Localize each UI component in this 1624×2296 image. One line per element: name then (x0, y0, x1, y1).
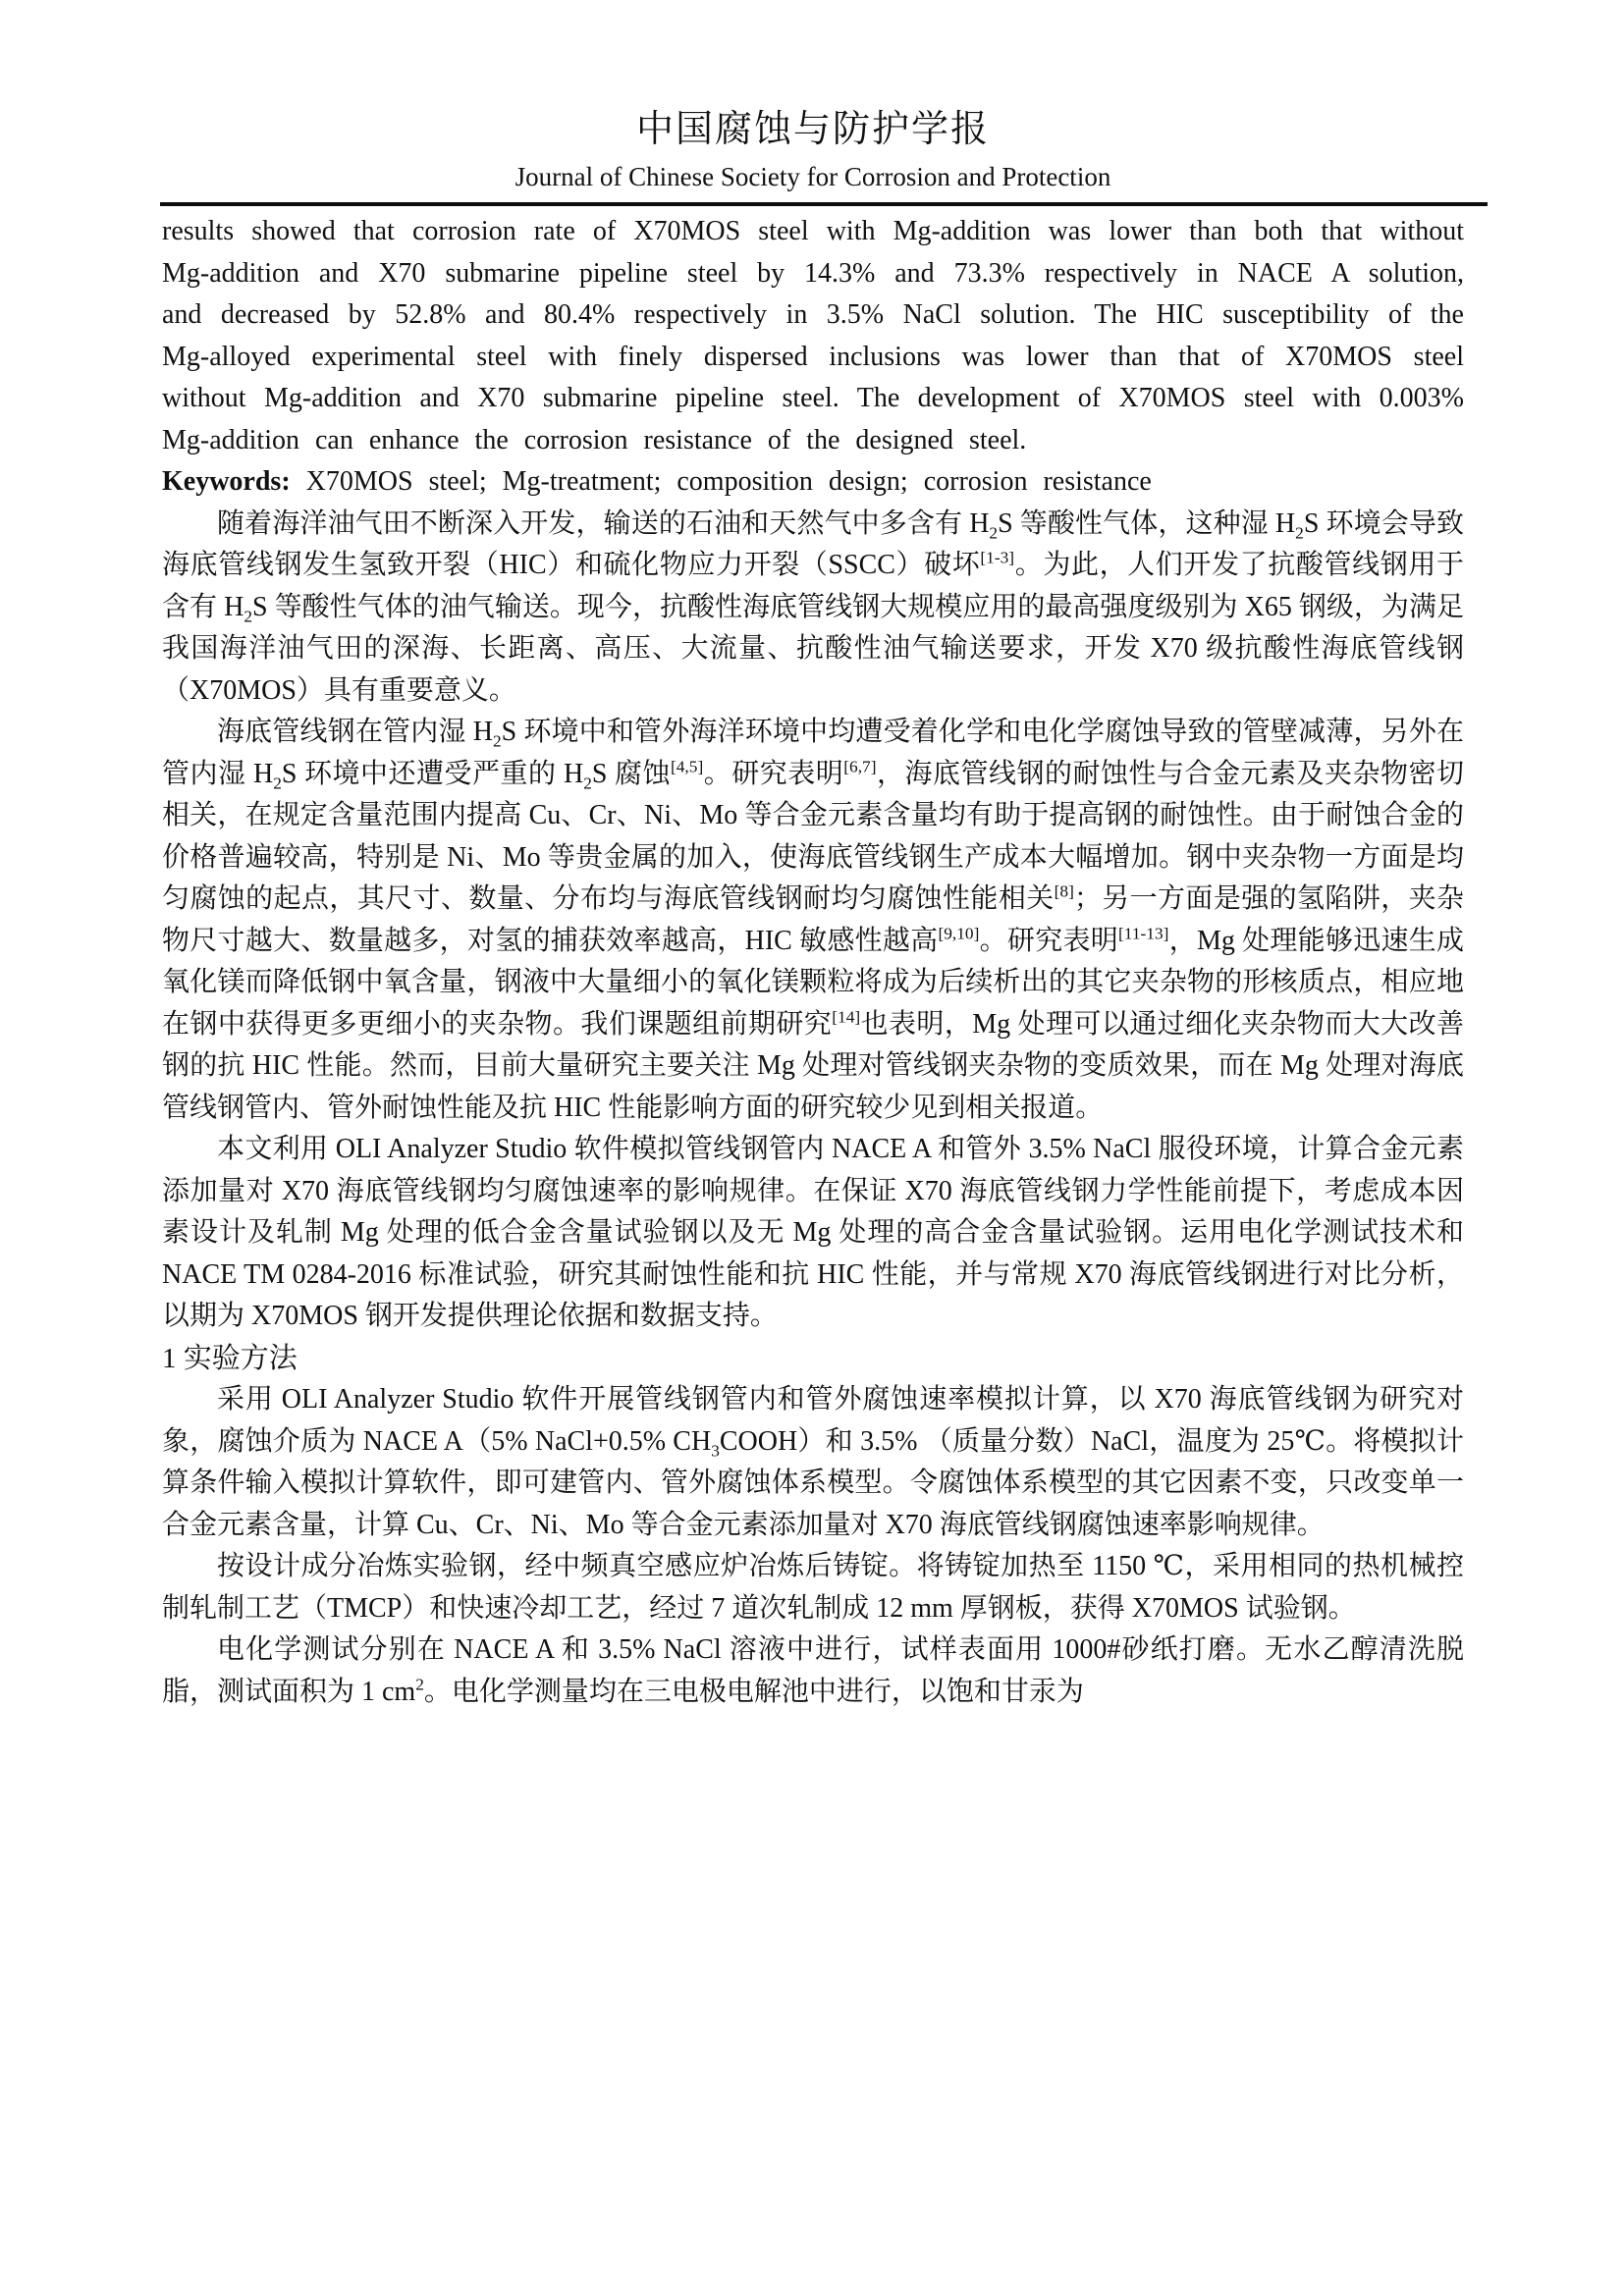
method-paragraph-2: 按设计成分冶炼实验钢，经中频真空感应炉冶炼后铸锭。将铸锭加热至 1150 ℃，采… (162, 1546, 1464, 1629)
article-body: results showed that corrosion rate of X7… (162, 211, 1464, 1713)
method-paragraph-1: 采用 OLI Analyzer Studio 软件开展管线钢管内和管外腐蚀速率模… (162, 1379, 1464, 1546)
intro-paragraph-1: 随着海洋油气田不断深入开发，输送的石油和天然气中多含有 H2S 等酸性气体，这种… (162, 504, 1464, 713)
abstract-continuation-paragraph: results showed that corrosion rate of X7… (162, 211, 1464, 461)
header-divider (160, 202, 1488, 206)
journal-header: 中国腐蚀与防护学报 Journal of Chinese Society for… (162, 98, 1464, 192)
journal-title-english: Journal of Chinese Society for Corrosion… (162, 162, 1464, 192)
document-page: 中国腐蚀与防护学报 Journal of Chinese Society for… (0, 0, 1624, 2296)
journal-title-chinese: 中国腐蚀与防护学报 (162, 98, 1464, 152)
method-paragraph-3: 电化学测试分别在 NACE A 和 3.5% NaCl 溶液中进行，试样表面用 … (162, 1629, 1464, 1713)
keywords-line: Keywords: X70MOS steel; Mg-treatment; co… (162, 461, 1464, 504)
section-heading-1: 1 实验方法 (162, 1338, 1464, 1380)
intro-paragraph-3: 本文利用 OLI Analyzer Studio 软件模拟管线钢管内 NACE … (162, 1129, 1464, 1338)
intro-paragraph-2: 海底管线钢在管内湿 H2S 环境中和管外海洋环境中均遭受着化学和电化学腐蚀导致的… (162, 712, 1464, 1129)
